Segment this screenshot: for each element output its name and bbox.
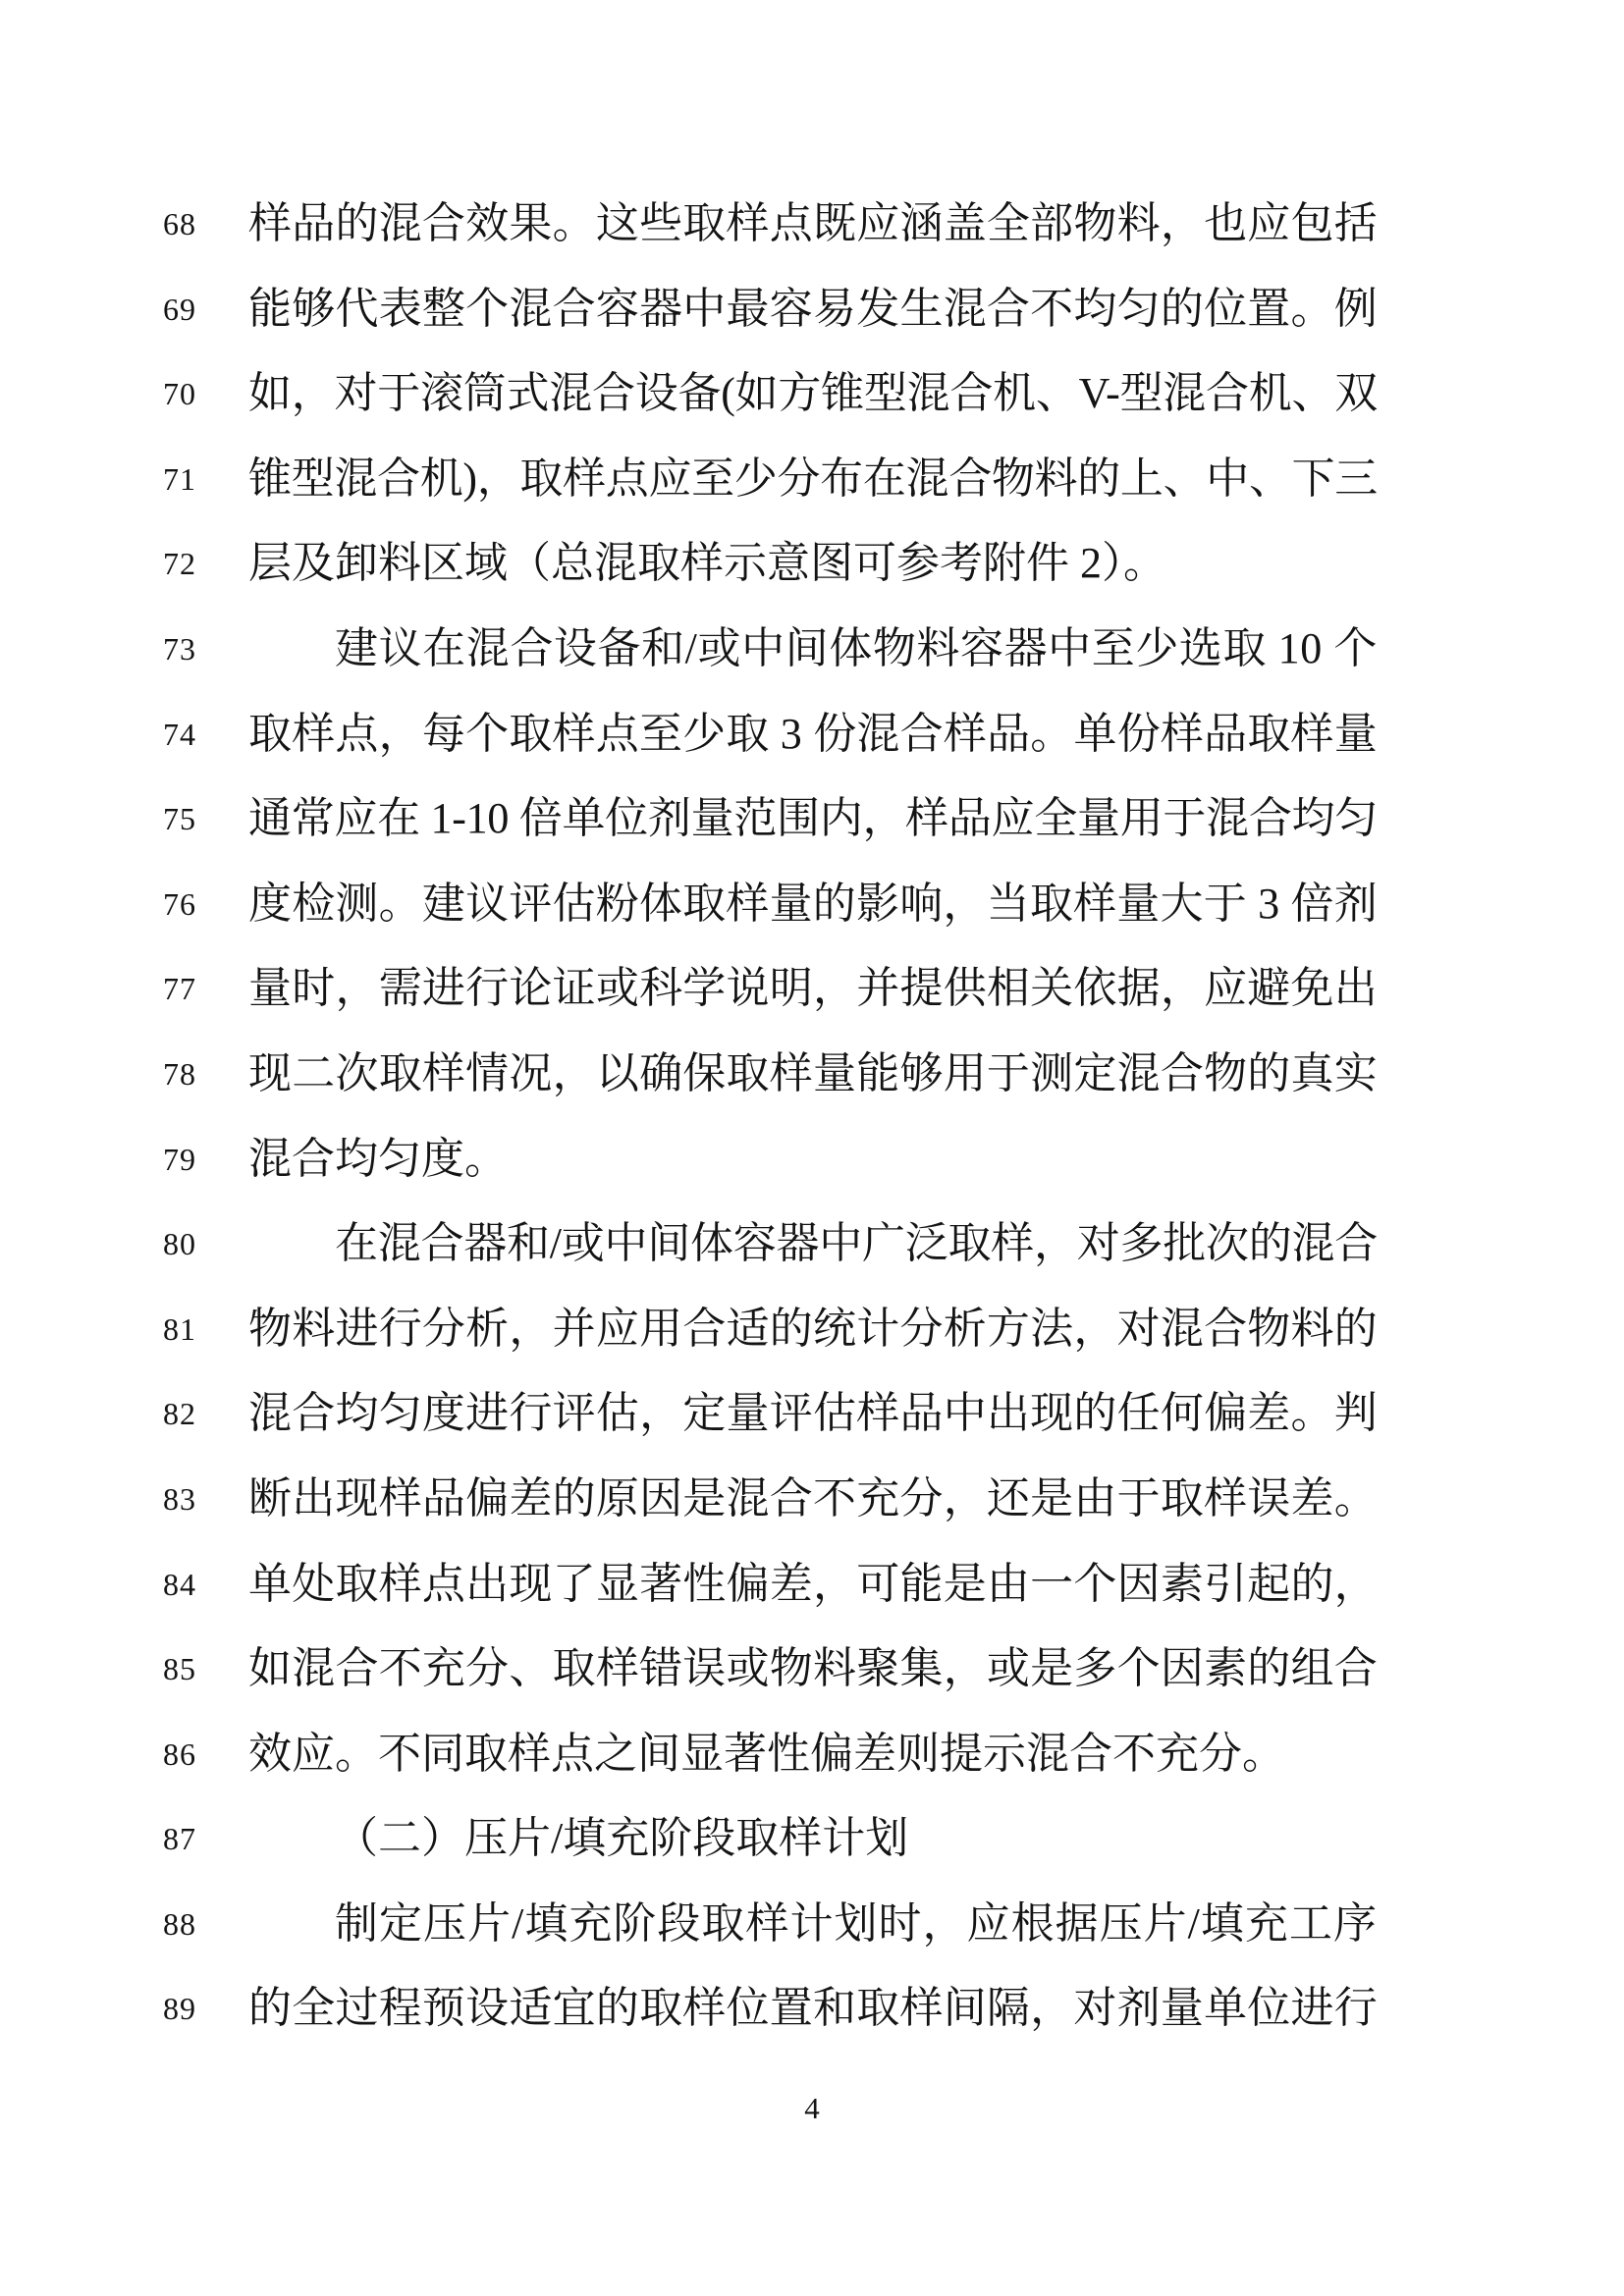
line-text: 效应。不同取样点之间显著性偏差则提示混合不充分。 [248,1712,1378,1797]
line-number: 87 [0,1796,196,1882]
document-line: 83 断出现样品偏差的原因是混合不充分，还是由于取样误差。 [0,1457,1624,1542]
document-line: 87 （二）压片/填充阶段取样计划 [0,1796,1624,1882]
line-text: 如，对于滚筒式混合设备(如方锥型混合机、V-型混合机、双 [248,351,1378,437]
document-line: 81 物料进行分析，并应用合适的统计分析方法，对混合物料的 [0,1287,1624,1372]
line-number: 71 [0,437,196,522]
line-text: 层及卸料区域（总混取样示意图可参考附件 2）。 [248,521,1378,607]
text-body: 68 样品的混合效果。这些取样点既应涵盖全部物料，也应包括 69 能够代表整个混… [0,182,1624,2052]
line-number: 78 [0,1032,196,1117]
line-text: 如混合不充分、取样错误或物料聚集，或是多个因素的组合 [248,1627,1378,1712]
line-text: 的全过程预设适宜的取样位置和取样间隔，对剂量单位进行 [248,1966,1378,2052]
document-line: 71 锥型混合机)，取样点应至少分布在混合物料的上、中、下三 [0,437,1624,522]
document-line: 70 如，对于滚筒式混合设备(如方锥型混合机、V-型混合机、双 [0,351,1624,437]
line-text: 锥型混合机)，取样点应至少分布在混合物料的上、中、下三 [248,437,1378,522]
line-text: 通常应在 1-10 倍单位剂量范围内，样品应全量用于混合均匀 [248,776,1378,862]
document-line: 72 层及卸料区域（总混取样示意图可参考附件 2）。 [0,521,1624,607]
line-number: 86 [0,1712,196,1797]
document-line: 82 混合均匀度进行评估，定量评估样品中出现的任何偏差。判 [0,1371,1624,1457]
page-number: 4 [0,2089,1624,2128]
document-page: 68 样品的混合效果。这些取样点既应涵盖全部物料，也应包括 69 能够代表整个混… [0,0,1624,2296]
line-number: 84 [0,1542,196,1628]
line-number: 77 [0,946,196,1032]
line-text: 建议在混合设备和/或中间体物料容器中至少选取 10 个 [248,607,1378,692]
document-line: 74 取样点，每个取样点至少取 3 份混合样品。单份样品取样量 [0,692,1624,777]
document-line: 78 现二次取样情况，以确保取样量能够用于测定混合物的真实 [0,1032,1624,1117]
document-line: 76 度检测。建议评估粉体取样量的影响，当取样量大于 3 倍剂 [0,862,1624,947]
document-line: 69 能够代表整个混合容器中最容易发生混合不均匀的位置。例 [0,267,1624,352]
line-number: 73 [0,607,196,692]
line-text: 取样点，每个取样点至少取 3 份混合样品。单份样品取样量 [248,692,1378,777]
line-text: 制定压片/填充阶段取样计划时，应根据压片/填充工序 [248,1882,1378,1967]
line-text: 度检测。建议评估粉体取样量的影响，当取样量大于 3 倍剂 [248,862,1378,947]
line-text: 物料进行分析，并应用合适的统计分析方法，对混合物料的 [248,1287,1378,1372]
line-number: 85 [0,1627,196,1712]
line-text: 单处取样点出现了显著性偏差，可能是由一个因素引起的， [248,1542,1378,1628]
line-number: 83 [0,1457,196,1542]
line-number: 89 [0,1966,196,2052]
line-text: 能够代表整个混合容器中最容易发生混合不均匀的位置。例 [248,267,1378,352]
line-number: 68 [0,182,196,267]
line-text: 样品的混合效果。这些取样点既应涵盖全部物料，也应包括 [248,182,1378,267]
line-number: 70 [0,351,196,437]
document-line: 68 样品的混合效果。这些取样点既应涵盖全部物料，也应包括 [0,182,1624,267]
line-text: （二）压片/填充阶段取样计划 [248,1796,1378,1882]
document-line: 84 单处取样点出现了显著性偏差，可能是由一个因素引起的， [0,1542,1624,1628]
line-text: 量时，需进行论证或科学说明，并提供相关依据，应避免出 [248,946,1378,1032]
line-number: 81 [0,1287,196,1372]
document-line: 89 的全过程预设适宜的取样位置和取样间隔，对剂量单位进行 [0,1966,1624,2052]
document-line: 77 量时，需进行论证或科学说明，并提供相关依据，应避免出 [0,946,1624,1032]
document-line: 86 效应。不同取样点之间显著性偏差则提示混合不充分。 [0,1712,1624,1797]
line-text: 现二次取样情况，以确保取样量能够用于测定混合物的真实 [248,1032,1378,1117]
document-line: 75 通常应在 1-10 倍单位剂量范围内，样品应全量用于混合均匀 [0,776,1624,862]
line-number: 75 [0,776,196,862]
line-number: 88 [0,1882,196,1967]
document-line: 85 如混合不充分、取样错误或物料聚集，或是多个因素的组合 [0,1627,1624,1712]
line-text: 混合均匀度。 [248,1117,1378,1202]
document-line: 73 建议在混合设备和/或中间体物料容器中至少选取 10 个 [0,607,1624,692]
document-line: 88 制定压片/填充阶段取样计划时，应根据压片/填充工序 [0,1882,1624,1967]
line-number: 72 [0,521,196,607]
line-text: 混合均匀度进行评估，定量评估样品中出现的任何偏差。判 [248,1371,1378,1457]
line-number: 74 [0,692,196,777]
line-text: 断出现样品偏差的原因是混合不充分，还是由于取样误差。 [248,1457,1378,1542]
line-number: 82 [0,1371,196,1457]
line-number: 79 [0,1117,196,1202]
line-text: 在混合器和/或中间体容器中广泛取样，对多批次的混合 [248,1201,1378,1287]
line-number: 69 [0,267,196,352]
line-number: 80 [0,1201,196,1287]
document-line: 80 在混合器和/或中间体容器中广泛取样，对多批次的混合 [0,1201,1624,1287]
line-number: 76 [0,862,196,947]
document-line: 79 混合均匀度。 [0,1117,1624,1202]
